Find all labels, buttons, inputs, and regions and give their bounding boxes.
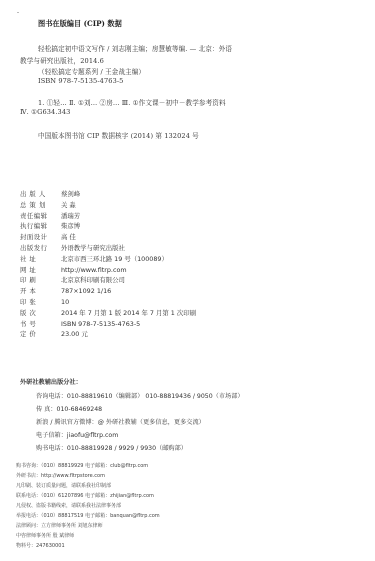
credit-row: 定 价23.00 元	[20, 329, 196, 340]
contact-fax: 传 真：010-68469248	[36, 404, 102, 413]
contact-order-phone: 购书电话：010-88819928 / 9929 / 9930（邮购部）	[36, 443, 187, 452]
credit-row: 出版发行外语教学与研究出版社	[20, 243, 196, 254]
credit-row: 执行编辑柴彦博	[20, 221, 196, 232]
cip-classification-line: Ⅳ. ①G634.343	[20, 108, 70, 116]
footer-line: 中咨律师事务所 殷 斌律师	[16, 532, 74, 539]
credit-row: 责任编辑潘瑞芳	[20, 211, 196, 222]
credit-row: 书 号ISBN 978-7-5135-4763-5	[20, 319, 196, 330]
footer-line: 法律顾问：立方律师事务所 刘旭东律师	[16, 522, 103, 529]
cip-subject-line: 1. ①轻… Ⅱ. ①刘… ②房… Ⅲ. ①作文课－初中－教学参考资料	[38, 97, 226, 107]
credits-block: 出 版 人蔡剑峰 总 策 划关 淼 责任编辑潘瑞芳 执行编辑柴彦博 封面设计高 …	[20, 189, 196, 340]
credit-row: 网 址http://www.fltrp.com	[20, 265, 196, 276]
credit-row: 印 张10	[20, 297, 196, 308]
cip-title-line: 轻松搞定初中语文写作 / 刘志刚主编；房慧敏等编. — 北京：外语	[38, 43, 232, 53]
scan-speck	[17, 12, 19, 13]
footer-line: 外研书店：http://www.fltrpstore.com	[16, 472, 105, 479]
credit-row: 开 本787×1092 1/16	[20, 286, 196, 297]
credit-row: 印 刷北京京科印刷有限公司	[20, 275, 196, 286]
contact-phone: 咨询电话：010-88819610（编辑部） 010-88819436 / 90…	[36, 391, 244, 400]
footer-line: 凡印刷、装订质量问题，请联系我社印制部	[16, 482, 111, 489]
contact-email: 电子信箱：jiaofu@fltrp.com	[36, 430, 118, 439]
credit-row: 社 址北京市西三环北路 19 号（100089）	[20, 254, 196, 265]
cip-series-line: （轻松搞定专题系列 / 王金战主编）	[38, 66, 145, 76]
cip-publisher-line: 教学与研究出版社，2014.6	[20, 55, 104, 65]
credit-row: 版 次2014 年 7 月第 1 版 2014 年 7 月第 1 次印刷	[20, 308, 196, 319]
footer-material-number: 物料号：247630001	[16, 542, 65, 549]
credit-row: 封面设计高 佳	[20, 232, 196, 243]
contact-heading: 外研社教辅出版分社：	[20, 377, 82, 386]
cip-record-number: 中国版本图书馆 CIP 数据核字 (2014) 第 132024 号	[38, 130, 199, 140]
contact-weibo: 新浪 / 腾讯官方微博：@ 外研社教辅（更多信息，更多交流）	[36, 417, 205, 426]
cip-heading: 图书在版编目 (CIP) 数据	[38, 19, 122, 29]
footer-line: 凡侵权、盗版书籍线索，请联系我社法律事务部	[16, 502, 121, 509]
footer-line: 举报电话：（010）88817519 电子邮箱：banquan@fltrp.co…	[16, 512, 160, 519]
credit-row: 出 版 人蔡剑峰	[20, 189, 196, 200]
credit-row: 总 策 划关 淼	[20, 200, 196, 211]
footer-line: 购书咨询：（010）88819929 电子邮箱：club@fltrp.com	[16, 462, 148, 469]
cip-isbn-line: ISBN 978-7-5135-4763-5	[38, 77, 123, 85]
footer-line: 联系电话：（010）61207896 电子邮箱：zhijian@fltrp.co…	[16, 492, 154, 499]
